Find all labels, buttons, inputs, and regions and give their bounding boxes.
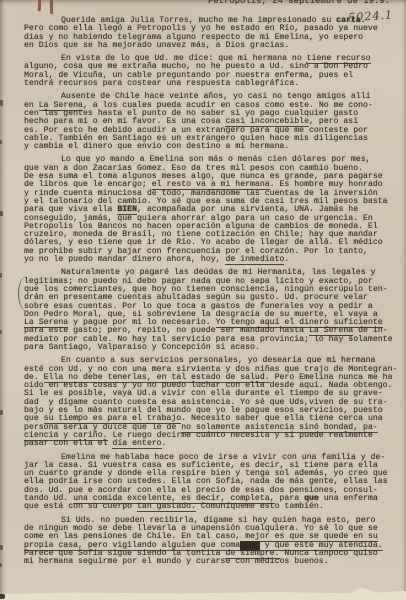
letter-line: yo no le puedo mandar dinero ahora, hoy,… <box>24 256 404 264</box>
letter-line: tendrá recursos para costear una respues… <box>24 80 404 88</box>
paper-speck <box>0 273 2 278</box>
letter-line: para Santiago, Valparaiso y Concepción s… <box>24 344 404 352</box>
text-segment: de inmediato <box>225 255 284 265</box>
paragraph: Naturalmente yo pagaré las deúdas de mi … <box>24 269 404 352</box>
red-pen-mark <box>50 0 53 14</box>
letter-line: y cambia el dinero que envío con destino… <box>24 143 404 151</box>
paper-speck <box>0 330 2 334</box>
text-segment: mi hermana seguirme por el mundo y curar… <box>24 557 329 566</box>
letter-body: Querida amiga Julia Torres, mucho me ha … <box>24 17 404 571</box>
text-segment: en Díos que se ha mejorado unavez más, a… <box>24 41 289 50</box>
paragraph: Emelina me hablaba hace poco de irse a v… <box>24 454 404 512</box>
paper-speck <box>0 211 3 216</box>
paragraph: En vista de lo que Ud. me dice: que mi h… <box>24 55 404 88</box>
paragraph: Ausente de Chile hace veinte años, yo ca… <box>24 93 404 151</box>
paragraph: En cuanto a sus servicios personales, yo… <box>24 357 404 448</box>
paper-speck <box>0 563 2 567</box>
dateline: Petropolis, 24 septiembre de 19.9. <box>208 0 390 6</box>
text-segment: yo no le puedo mandar dinero ahora, hoy, <box>24 255 225 264</box>
red-pen-mark <box>38 0 41 11</box>
paper-speck <box>0 140 2 144</box>
letter-page: Petropolis, 24 septiembre de 19.9. 5024.… <box>0 0 406 600</box>
paper-speck <box>0 410 3 415</box>
text-segment: come en las pensiones de Chile. En tal c… <box>24 532 245 541</box>
text-segment: día entero <box>112 439 161 449</box>
paragraph: Lo que yo mando a Emelina son más o mená… <box>24 156 404 264</box>
text-segment: Comuníqueme esto también. <box>196 502 324 511</box>
text-segment: pasar con ella el <box>24 439 112 448</box>
text-segment: . <box>284 255 289 264</box>
text-segment: tendrá recursos para costear una respues… <box>24 79 299 88</box>
paper-speck <box>0 545 3 550</box>
letter-line: en Díos que se ha mejorado unavez más, a… <box>24 42 404 50</box>
paragraph: Si Uds. no pueden recibirla, dígame si h… <box>24 517 404 567</box>
paper-speck <box>0 100 3 106</box>
paper-torn-bottom-edge <box>0 587 406 600</box>
letter-line: pasar con ella el día entero. <box>24 440 404 448</box>
text-segment: una enferma <box>319 494 378 503</box>
text-segment: que está con su cuerpo <box>24 502 137 511</box>
text-segment: tan gastado. <box>137 502 196 512</box>
letter-line: que está con su cuerpo tan gastado. Comu… <box>24 503 404 511</box>
text-segment: y cambia el dinero que envío con destino… <box>24 142 289 151</box>
text-segment: para Santiago, Valparaiso y Concepción s… <box>24 343 260 352</box>
text-segment: . <box>162 439 167 448</box>
paper-speck <box>0 594 5 599</box>
text-segment: . Necesito saber que ella tiene cerca un… <box>181 414 382 423</box>
paragraph: Querida amiga Julia Torres, mucho me ha … <box>24 17 404 50</box>
letter-line: mi hermana seguirme por el mundo y curar… <box>24 558 404 566</box>
